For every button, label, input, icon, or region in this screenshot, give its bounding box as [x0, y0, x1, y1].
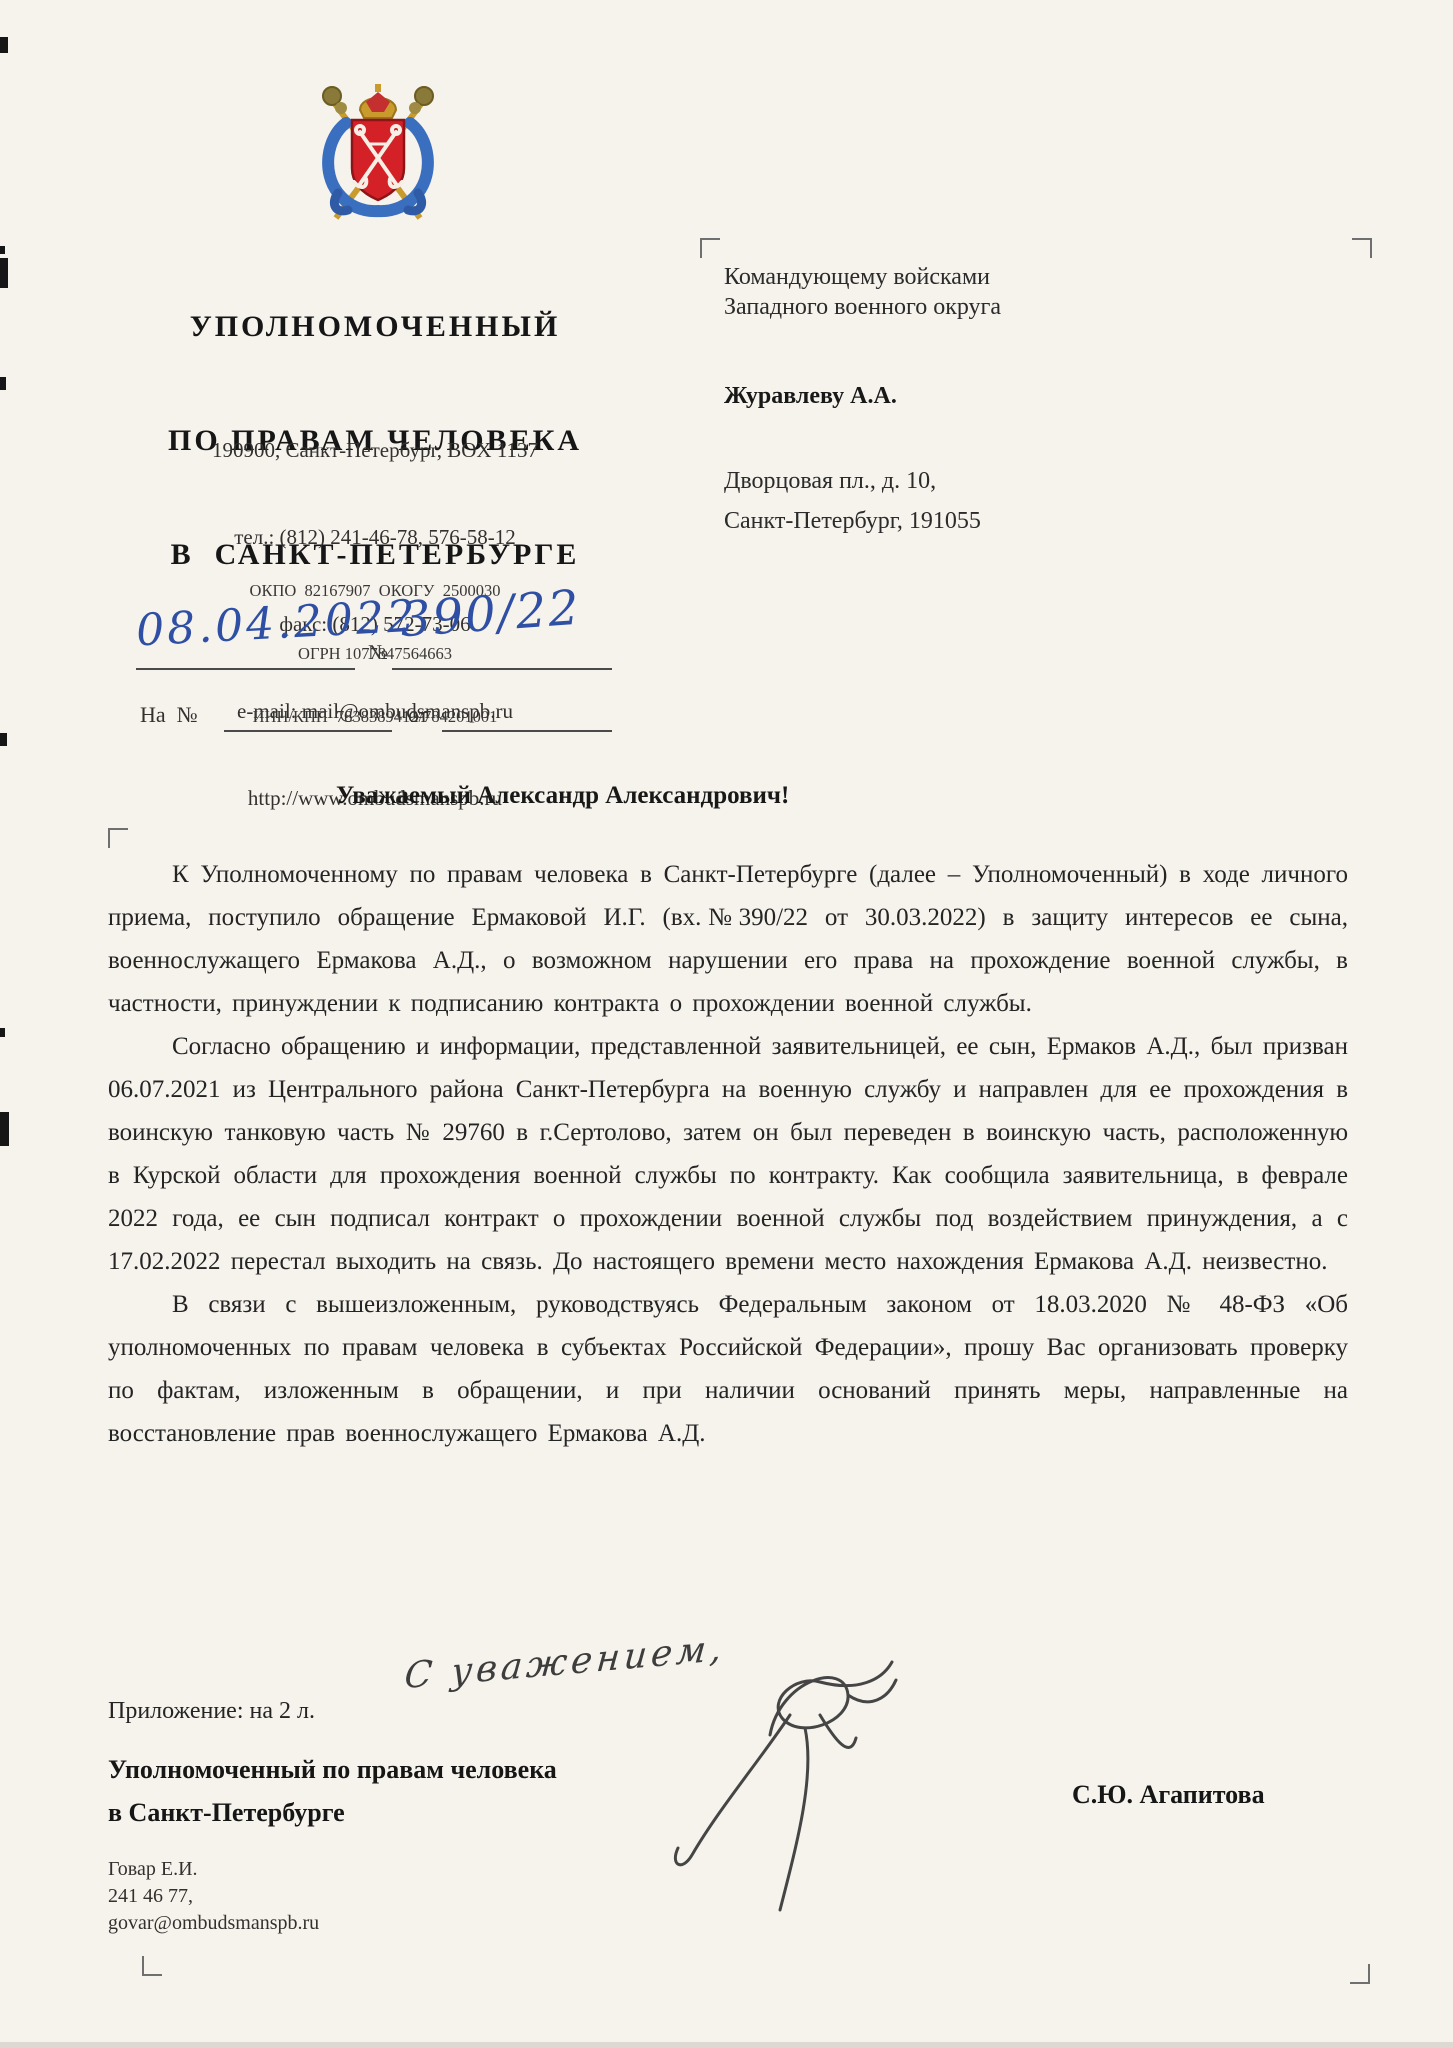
letter-body: К Уполномоченному по правам человека в С… — [108, 853, 1348, 1455]
recipient-position-line1: Командующему войсками — [724, 262, 1204, 292]
crop-mark-page-bottomright — [1350, 1964, 1370, 1984]
crop-mark-page-bottomleft — [142, 1956, 162, 1976]
number-underline — [392, 668, 612, 670]
scan-artifact — [0, 733, 7, 746]
body-paragraph-1: К Уполномоченному по правам человека в С… — [108, 853, 1348, 1025]
executor-phone: 241 46 77, — [108, 1883, 319, 1910]
recipient-address-line2: Санкт-Петербург, 191055 — [724, 506, 1204, 536]
attachment-note: Приложение: на 2 л. — [108, 1698, 315, 1725]
recipient-position-line2: Западного военного округа — [724, 292, 1204, 322]
signer-title: Уполномоченный по правам человека в Санк… — [108, 1748, 557, 1834]
crop-mark-page-topright — [1352, 238, 1372, 258]
reply-reference-label: На № — [140, 702, 198, 728]
scan-artifact — [0, 1028, 5, 1037]
spb-coat-of-arms-icon — [308, 78, 448, 228]
date-underline — [136, 668, 355, 670]
body-paragraph-3: В связи с вышеизложенным, руководствуясь… — [108, 1283, 1348, 1455]
reply-date-underline — [442, 730, 612, 732]
reply-number-underline — [224, 730, 392, 732]
org-title-line1: УПОЛНОМОЧЕННЫЙ — [120, 308, 630, 346]
executor-contacts: Говар Е.И. 241 46 77, govar@ombudsmanspb… — [108, 1856, 319, 1937]
letterhead-address: 190900, Санкт-Петербург, BOX 1137 — [120, 436, 630, 465]
signature-autograph — [620, 1620, 920, 1930]
salutation: Уважаемый Александр Александрович! — [336, 782, 789, 810]
signer-name: С.Ю. Агапитова — [1072, 1780, 1265, 1810]
signer-title-line1: Уполномоченный по правам человека — [108, 1748, 557, 1791]
reply-from-label: от — [408, 702, 428, 728]
scan-artifact — [0, 246, 5, 254]
recipient-name: Журавлеву А.А. — [724, 381, 1204, 411]
scan-artifact — [0, 1112, 9, 1146]
scan-artifact — [0, 37, 8, 53]
scanned-letter-page: УПОЛНОМОЧЕННЫЙ ПО ПРАВАМ ЧЕЛОВЕКА В САНК… — [0, 0, 1453, 2048]
executor-name: Говар Е.И. — [108, 1856, 319, 1883]
body-paragraph-2: Согласно обращению и информации, предста… — [108, 1025, 1348, 1283]
crop-mark-recipient-topleft — [700, 238, 720, 258]
scan-artifact — [0, 258, 8, 288]
recipient-address-line1: Дворцовая пл., д. 10, — [724, 466, 1204, 496]
scan-artifact — [0, 377, 6, 390]
signer-title-line2: в Санкт-Петербурге — [108, 1791, 557, 1834]
number-sign: № — [368, 640, 388, 665]
executor-email: govar@ombudsmanspb.ru — [108, 1910, 319, 1937]
